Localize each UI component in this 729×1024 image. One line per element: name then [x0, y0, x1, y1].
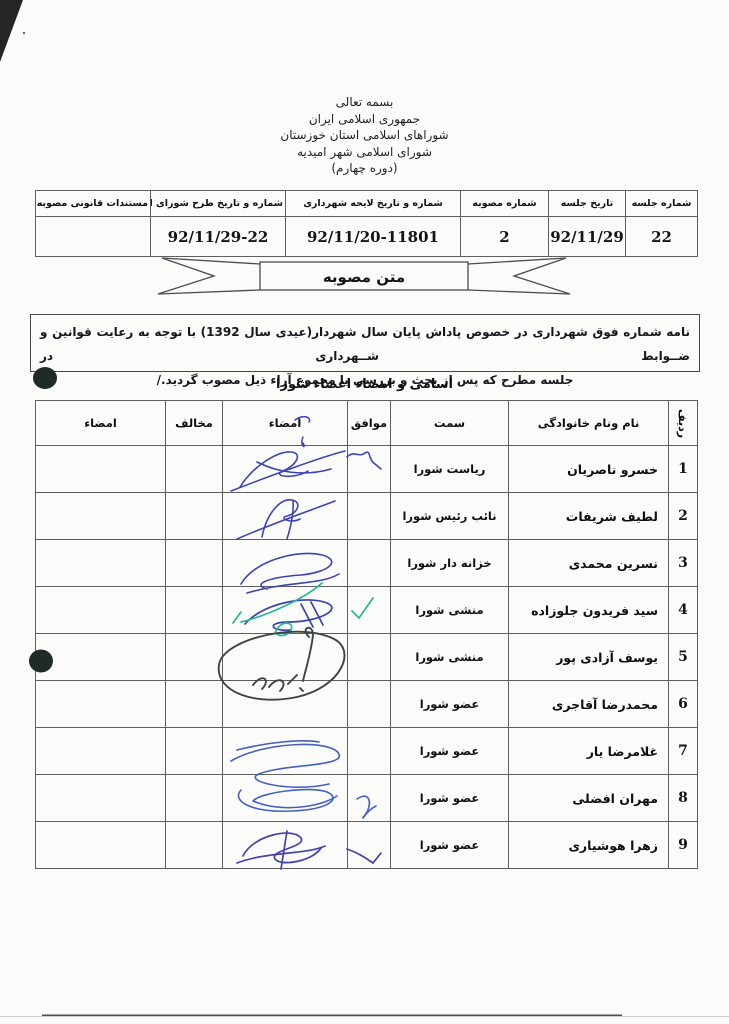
bill-number-date-value: 92/11/20-11801 [286, 217, 461, 257]
signature2-cell [36, 681, 166, 728]
table-row: 9 زهرا هوشیاری عضو شورا [36, 822, 698, 869]
ink-speck-left [23, 32, 25, 34]
agree-cell [348, 728, 391, 775]
letterhead: بسمه تعالی جمهوری اسلامی ایران شوراهای ا… [0, 94, 729, 177]
signature-cell [223, 728, 348, 775]
oppose-cell [166, 728, 223, 775]
name-cell: سید فریدون جلوزاده [509, 587, 669, 634]
legal-docs-header: مستندات قانونی مصوبه [36, 191, 151, 217]
name-cell: لطیف شریفات [509, 493, 669, 540]
resolution-text-ribbon: متن مصوبه [152, 256, 576, 296]
row-number-header: ردیف [669, 401, 698, 446]
bismillah-line: بسمه تعالی [0, 94, 729, 111]
position-header: سمت [391, 401, 509, 446]
signature-cell [223, 634, 348, 681]
row-number-cell: 9 [669, 822, 698, 869]
signature-cell [223, 587, 348, 634]
resolution-text-box: نامه شماره فوق شهرداری در خصوص پاداش پای… [30, 314, 700, 372]
session-number-value: 22 [626, 217, 698, 257]
agree-cell [348, 822, 391, 869]
oppose-cell [166, 775, 223, 822]
row-number-cell: 4 [669, 587, 698, 634]
row-number-cell: 5 [669, 634, 698, 681]
signature2-cell [36, 634, 166, 681]
signature-cell [223, 681, 348, 728]
agree-cell [348, 587, 391, 634]
table-row: 5 یوسف آزادی پور منشی شورا [36, 634, 698, 681]
members-section-title: اسامی و امضاء اعضاء شورا [0, 377, 729, 392]
role-cell: منشی شورا [391, 634, 509, 681]
role-cell: عضو شورا [391, 775, 509, 822]
scan-bottom-line [42, 1015, 622, 1017]
row-number-cell: 7 [669, 728, 698, 775]
agree-cell [348, 775, 391, 822]
oppose-cell [166, 587, 223, 634]
table-row: 3 نسرین محمدی خزانه دار شورا [36, 540, 698, 587]
resolution-number-header: شماره مصوبه [461, 191, 549, 217]
name-cell: زهرا هوشیاری [509, 822, 669, 869]
name-cell: خسرو ناصریان [509, 446, 669, 493]
role-cell: منشی شورا [391, 587, 509, 634]
signature2-cell [36, 728, 166, 775]
signature2-cell [36, 775, 166, 822]
oppose-cell [166, 493, 223, 540]
role-cell: نائب رئیس شورا [391, 493, 509, 540]
scanned-council-resolution-page: { "letterhead": { "line1": "بسمه تعالی",… [0, 0, 729, 1024]
session-info-table: شماره جلسه تاریخ جلسه شماره مصوبه شماره … [35, 190, 698, 257]
signature-cell [223, 493, 348, 540]
scan-corner-artifact [0, 0, 23, 62]
signature2-cell [36, 446, 166, 493]
signature2-header: امضاء [36, 401, 166, 446]
table-row: 6 محمدرضا آقاجری عضو شورا [36, 681, 698, 728]
agree-header: موافق [348, 401, 391, 446]
ink-speck-top [67, 10, 70, 18]
oppose-cell [166, 446, 223, 493]
oppose-cell [166, 634, 223, 681]
signature2-cell [36, 587, 166, 634]
resolution-number-value: 2 [461, 217, 549, 257]
role-cell: عضو شورا [391, 822, 509, 869]
city-council-line: شورای اسلامی شهر امیدیه [0, 144, 729, 161]
agree-cell [348, 493, 391, 540]
row-number-cell: 3 [669, 540, 698, 587]
province-councils-line: شوراهای اسلامی استان خوزستان [0, 127, 729, 144]
bill-number-date-header: شماره و تاریخ لایحه شهرداری [286, 191, 461, 217]
row-number-cell: 2 [669, 493, 698, 540]
row-number-cell: 6 [669, 681, 698, 728]
oppose-header: مخالف [166, 401, 223, 446]
session-number-header: شماره جلسه [626, 191, 698, 217]
agree-cell [348, 681, 391, 728]
agree-cell [348, 540, 391, 587]
members-header-row: ردیف نام ونام خانوادگی سمت موافق امضاء م… [36, 401, 698, 446]
table-row: 1 خسرو ناصریان ریاست شورا [36, 446, 698, 493]
row-number-cell: 8 [669, 775, 698, 822]
table-row: 7 غلامرضا یار عضو شورا [36, 728, 698, 775]
session-date-header: تاریخ جلسه [549, 191, 626, 217]
banner-title: متن مصوبه [323, 268, 405, 286]
oppose-cell [166, 822, 223, 869]
plan-number-date-header: شماره و تاریخ طرح شورای اسلامی [151, 191, 286, 217]
name-cell: یوسف آزادی پور [509, 634, 669, 681]
table-row: 4 سید فریدون جلوزاده منشی شورا [36, 587, 698, 634]
info-header-row: شماره جلسه تاریخ جلسه شماره مصوبه شماره … [36, 191, 698, 217]
signature-cell [223, 775, 348, 822]
ribbon-left-wing [158, 258, 260, 294]
table-row: 8 مهران افضلی عضو شورا [36, 775, 698, 822]
resolution-line-1: نامه شماره فوق شهرداری در خصوص پاداش پای… [40, 320, 690, 368]
oppose-cell [166, 681, 223, 728]
role-cell: خزانه دار شورا [391, 540, 509, 587]
ribbon-right-wing [468, 258, 570, 294]
row-number-cell: 1 [669, 446, 698, 493]
name-cell: محمدرضا آقاجری [509, 681, 669, 728]
signature2-cell [36, 493, 166, 540]
agree-cell [348, 446, 391, 493]
name-cell: غلامرضا یار [509, 728, 669, 775]
info-value-row: 22 92/11/29 2 92/11/20-11801 92/11/29-22 [36, 217, 698, 257]
agree-cell [348, 634, 391, 681]
legal-docs-value [36, 217, 151, 257]
scan-bottom-shadow [0, 1016, 729, 1017]
role-cell: عضو شورا [391, 681, 509, 728]
session-date-value: 92/11/29 [549, 217, 626, 257]
oppose-cell [166, 540, 223, 587]
signature2-cell [36, 822, 166, 869]
term-line: (دوره چهارم) [0, 160, 729, 177]
signature-header: امضاء [223, 401, 348, 446]
plan-number-date-value: 92/11/29-22 [151, 217, 286, 257]
signature2-cell [36, 540, 166, 587]
signature-cell [223, 446, 348, 493]
signature-cell [223, 540, 348, 587]
full-name-header: نام ونام خانوادگی [509, 401, 669, 446]
name-cell: مهران افضلی [509, 775, 669, 822]
members-signatures-table: ردیف نام ونام خانوادگی سمت موافق امضاء م… [35, 400, 698, 869]
table-row: 2 لطیف شریفات نائب رئیس شورا [36, 493, 698, 540]
role-cell: عضو شورا [391, 728, 509, 775]
name-cell: نسرین محمدی [509, 540, 669, 587]
role-cell: ریاست شورا [391, 446, 509, 493]
country-line: جمهوری اسلامی ایران [0, 111, 729, 128]
signature-cell [223, 822, 348, 869]
